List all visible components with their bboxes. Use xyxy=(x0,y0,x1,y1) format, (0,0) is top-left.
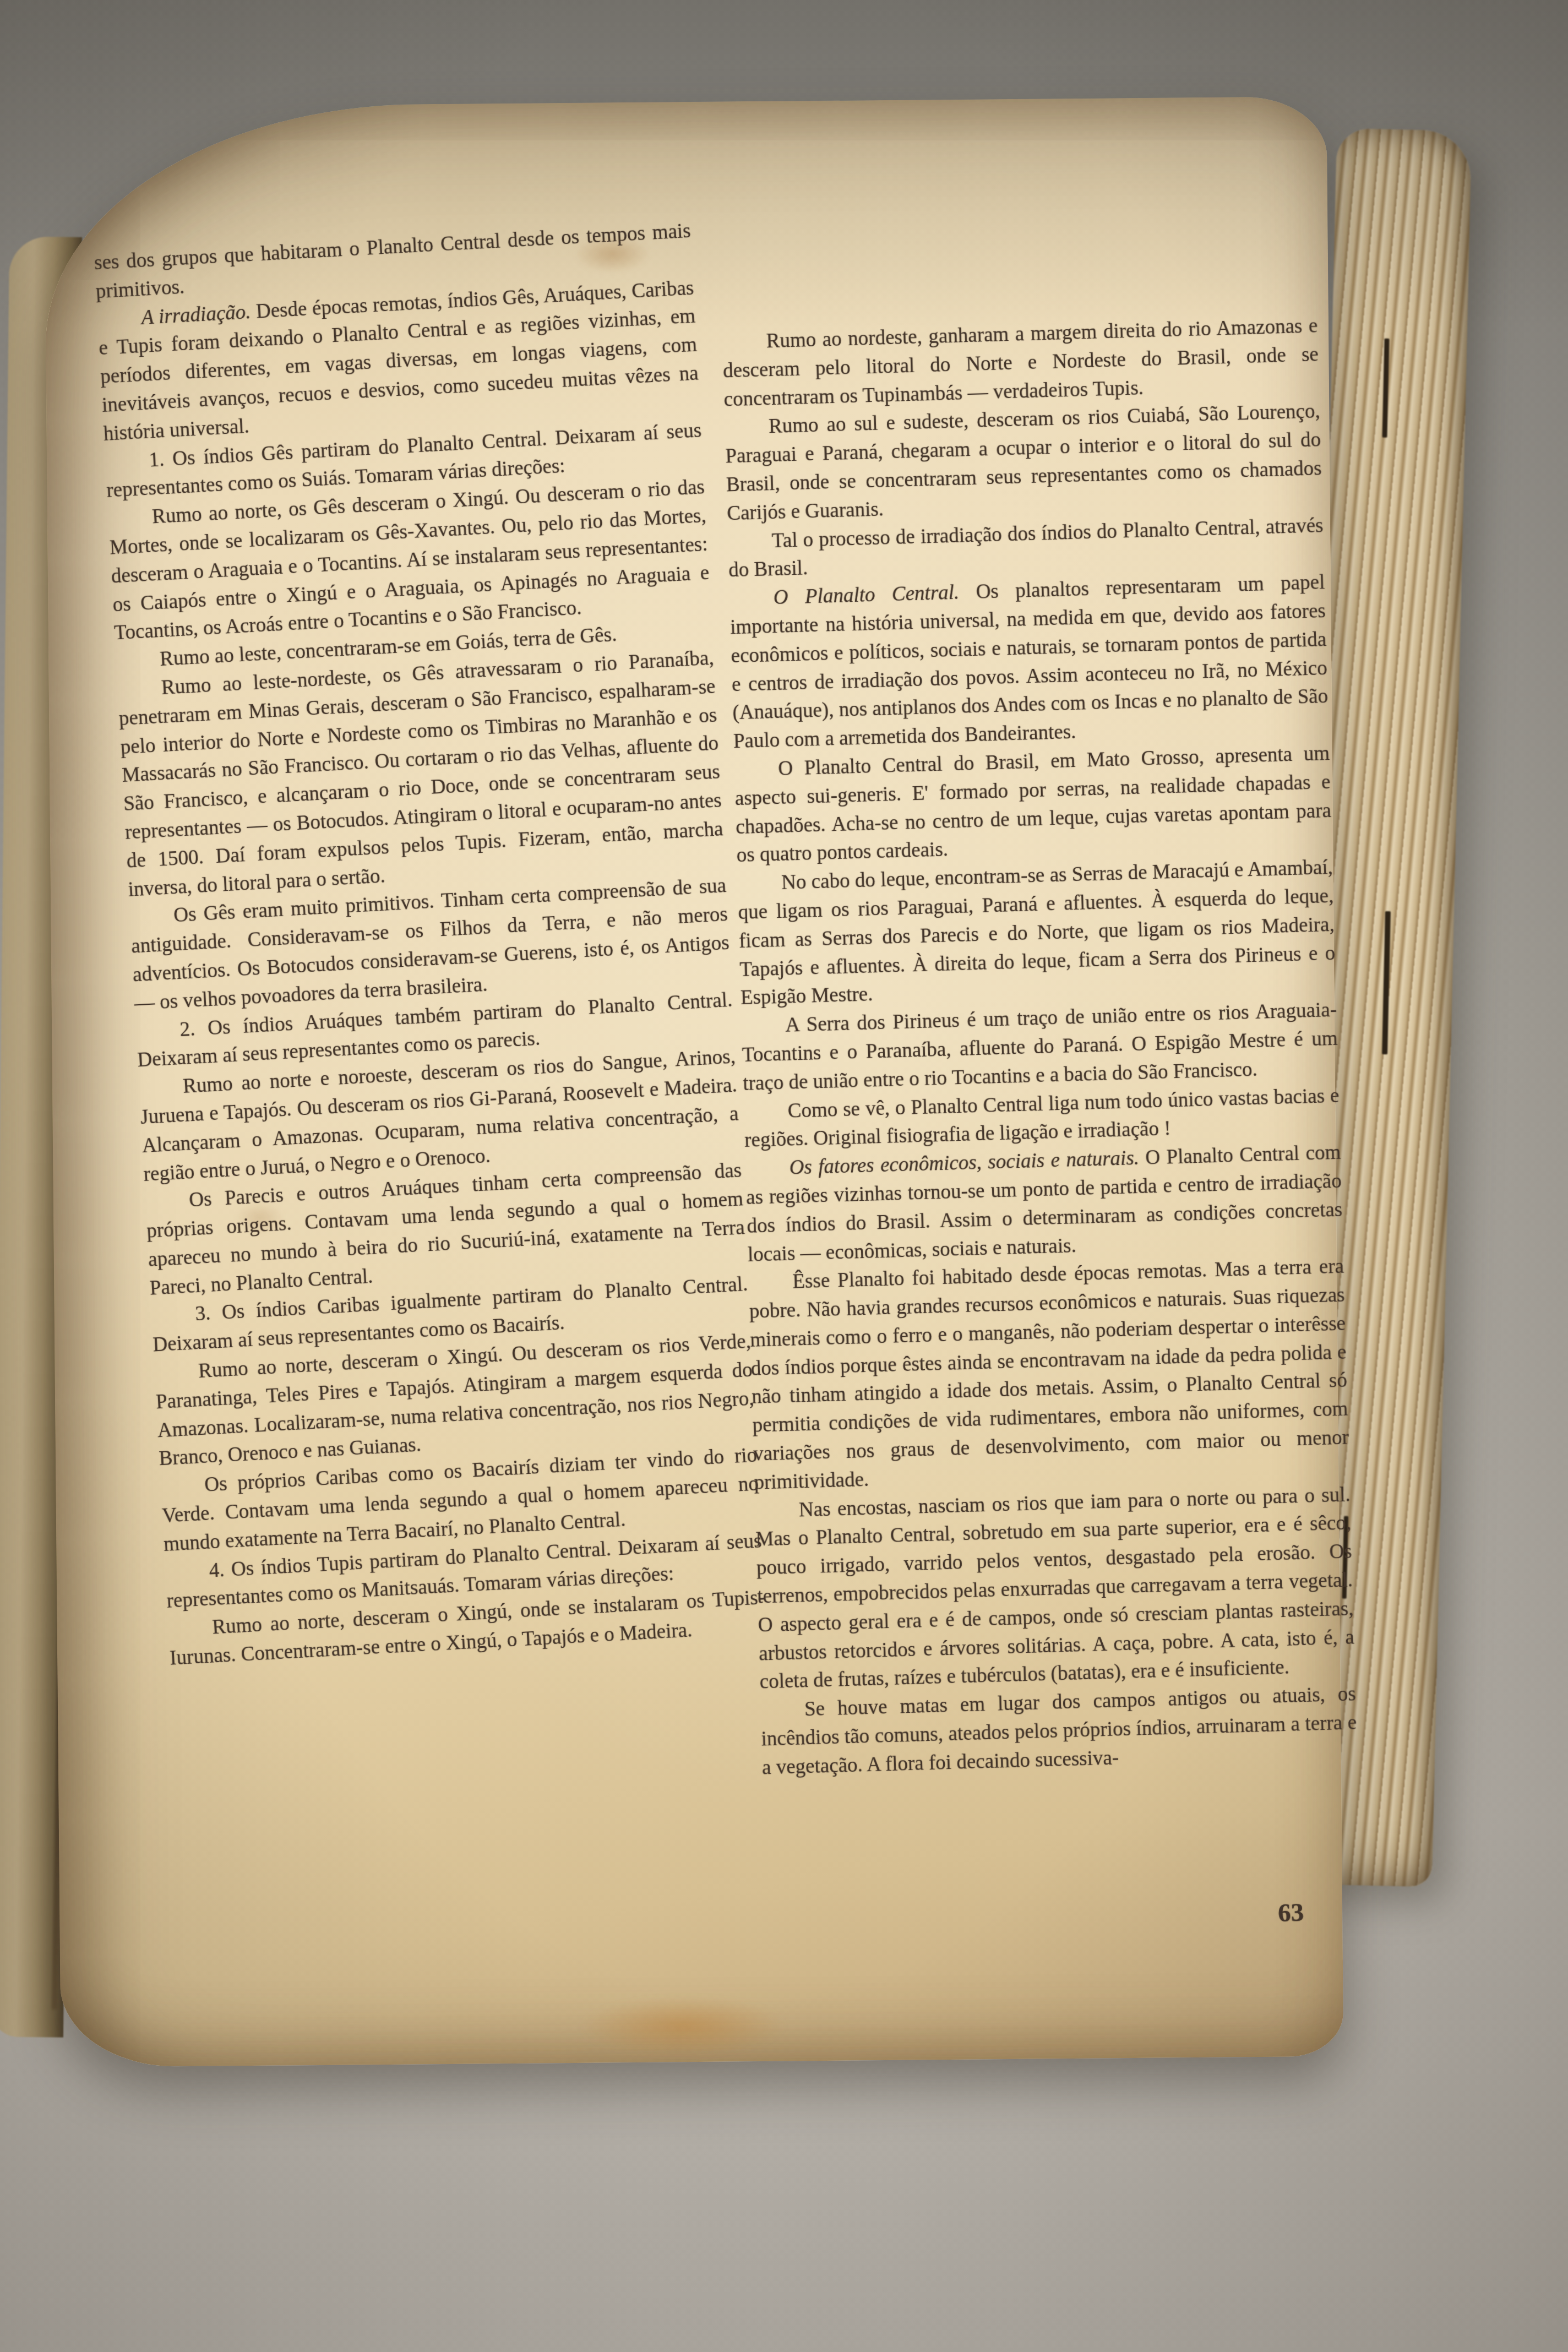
fore-edge-mark xyxy=(1382,339,1389,438)
book-page: ses dos grupos que habitaram o Planalto … xyxy=(44,96,1344,2067)
paper-stain xyxy=(578,1995,787,2057)
paragraph: A Serra dos Pirineus é um traço de união… xyxy=(741,996,1339,1098)
paragraph: Rumo ao nordeste, ganharam a margem dire… xyxy=(722,312,1320,414)
paragraph: O Planalto Central. Os planaltos represe… xyxy=(729,568,1329,756)
paragraph: O Planalto Central do Brasil, em Mato Gr… xyxy=(734,739,1332,870)
paragraph: Êsse Planalto foi habitado desde épocas … xyxy=(748,1253,1350,1497)
paragraph: Rumo ao sul e sudeste, desceram os rios … xyxy=(724,398,1322,528)
paragraph: Os fatores econômicos, sociais e naturai… xyxy=(745,1139,1343,1269)
paragraph-lead: O Planalto Central. xyxy=(773,581,960,609)
book-photo: ses dos grupos que habitaram o Planalto … xyxy=(0,0,1568,2352)
left-column: ses dos grupos que habitaram o Planalto … xyxy=(94,217,767,1673)
paragraph: Nas encostas, nasciam os rios que iam pa… xyxy=(754,1480,1355,1697)
fore-edge-mark xyxy=(1382,911,1391,1054)
right-column: Rumo ao nordeste, ganharam a margem dire… xyxy=(722,312,1358,1782)
paragraph: Se houve matas em lugar dos campos antig… xyxy=(760,1680,1358,1783)
paragraph: No cabo do leque, encontram-se as Serras… xyxy=(737,853,1337,1012)
paragraph: Rumo ao leste-nordeste, os Gês atravessa… xyxy=(117,644,726,904)
page-number: 63 xyxy=(1277,1898,1304,1928)
paragraph-lead: A irradiação. xyxy=(141,301,252,329)
